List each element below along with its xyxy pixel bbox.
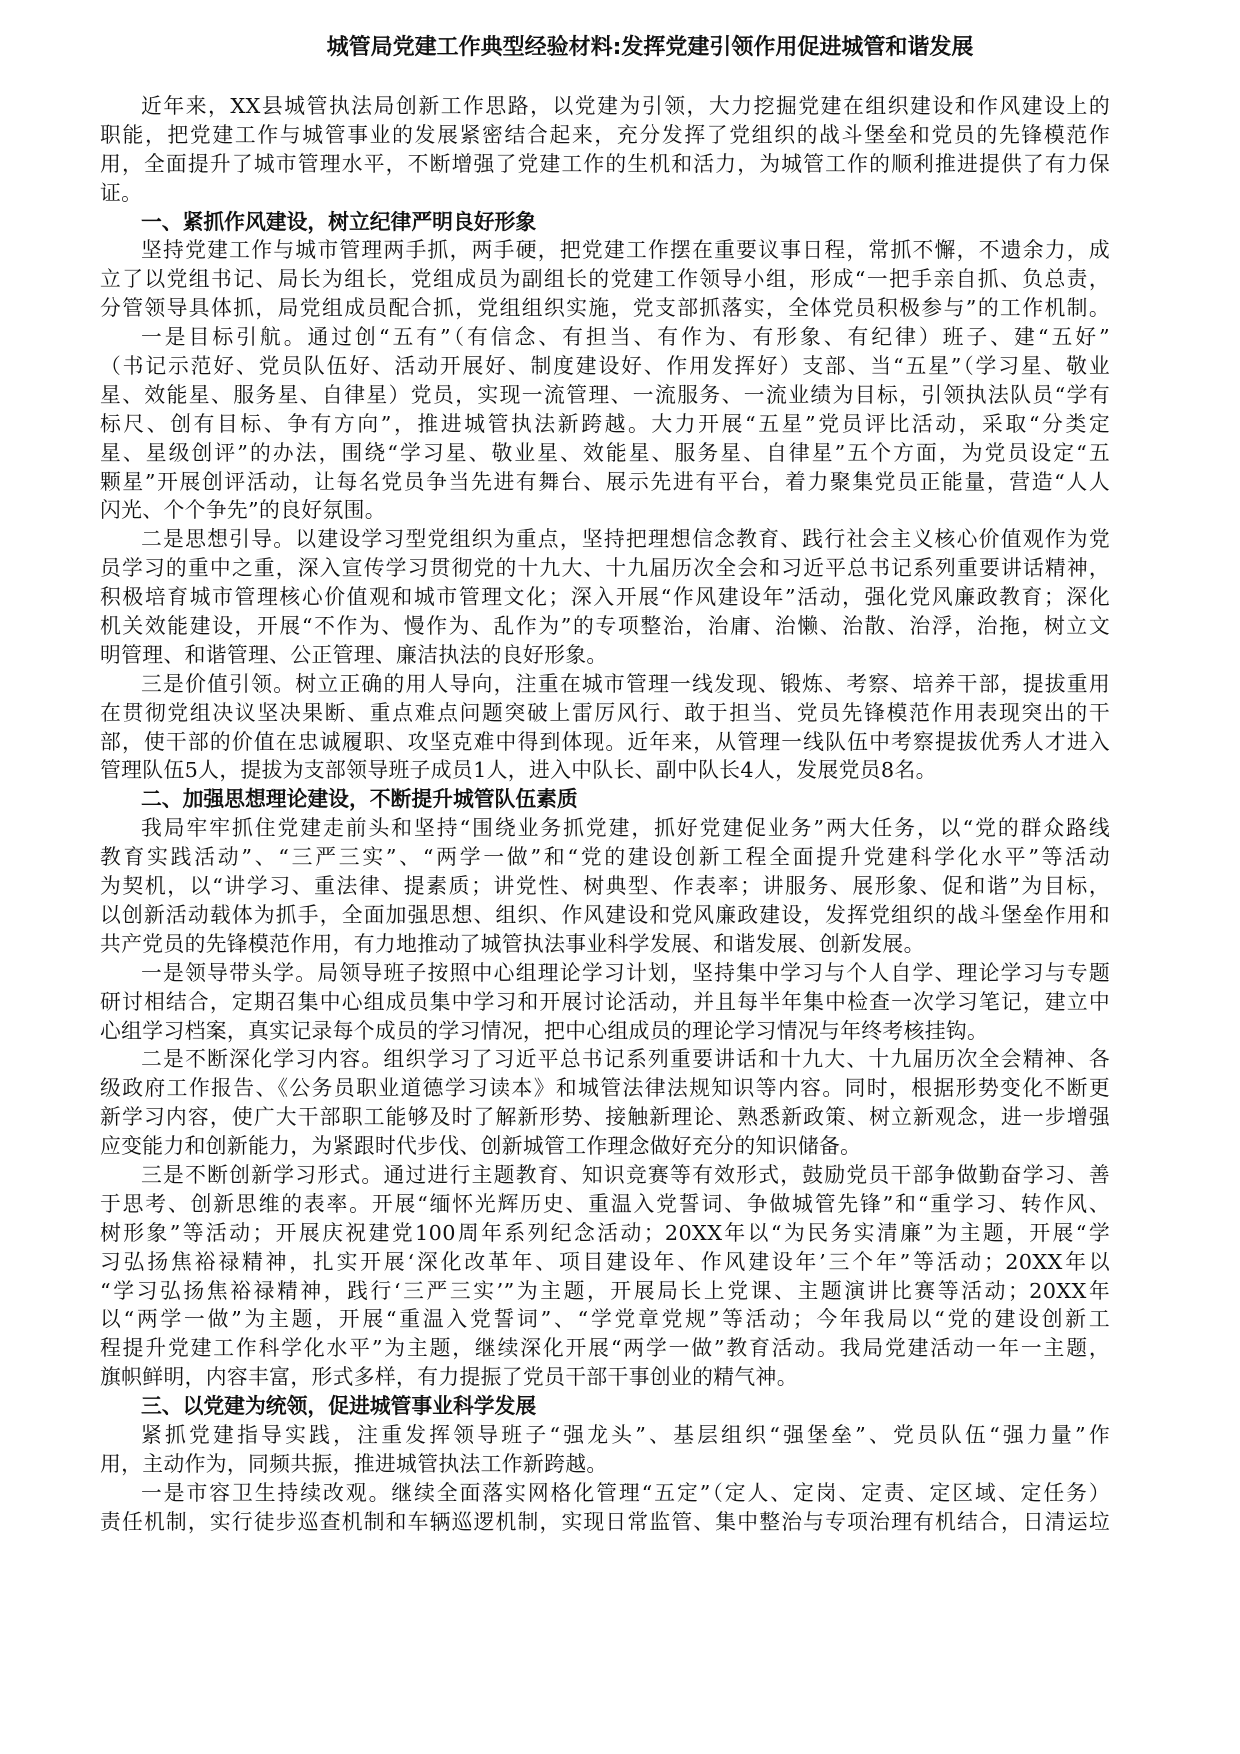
paragraph-line: 部，使干部的价值在忠诚履职、攻坚克难中得到体现。近年来，从管理一线队伍中考察提拔… [100, 728, 1110, 757]
paragraph-last-line: 旗帜鲜明，内容丰富，形式多样，有力提振了党员干部干事创业的精气神。 [100, 1363, 1110, 1392]
paragraph-line: 用，全面提升了城市管理水平，不断增强了党建工作的生机和活力，为城管工作的顺利推进… [100, 150, 1110, 179]
paragraph-line: 颗星”开展创评活动，让每名党员争当先进有舞台、展示先进有平台，着力聚集党员正能量… [100, 468, 1110, 497]
paragraph-first-line: 三是不断创新学习形式。通过进行主题教育、知识竞赛等有效形式，鼓励党员干部争做勤奋… [100, 1161, 1110, 1190]
paragraph-last-line: 共产党员的先锋模范作用，有力地推动了城管执法事业科学发展、和谐发展、创新发展。 [100, 930, 1110, 959]
paragraph-first-line: 二是思想引导。以建设学习型党组织为重点，坚持把理想信念教育、践行社会主义核心价值… [100, 525, 1110, 554]
paragraph-first-line: 一是目标引航。通过创“五有”（有信念、有担当、有作为、有形象、有纪律）班子、建“… [100, 323, 1110, 352]
paragraph-first-line: 一是市容卫生持续改观。继续全面落实网格化管理“五定”（定人、定岗、定责、定区域、… [100, 1479, 1110, 1508]
paragraph-line: 为契机，以“讲学习、重法律、提素质；讲党性、树典型、作表率；讲服务、展形象、促和… [100, 872, 1110, 901]
paragraph-line: 在贯彻党组决议坚决果断、重点难点问题突破上雷厉风行、敢于担当、党员先锋模范作用表… [100, 699, 1110, 728]
paragraph-line: 标尺、创有目标、争有方向”，推进城管执法新跨越。大力开展“五星”党员评比活动，采… [100, 410, 1110, 439]
paragraph-line: 于思考、创新思维的表率。开展“缅怀光辉历史、重温入党誓词、争做城管先锋”和“重学… [100, 1190, 1110, 1219]
section-heading: 三、以党建为统领，促进城管事业科学发展 [100, 1392, 1110, 1421]
paragraph-last-line: 应变能力和创新能力，为紧跟时代步伐、创新城管工作理念做好充分的知识储备。 [100, 1132, 1110, 1161]
paragraph-line: 机关效能建设，开展“不作为、慢作为、乱作为”的专项整治，治庸、治懒、治散、治浮，… [100, 612, 1110, 641]
paragraph-line: 员学习的重中之重，深入宣传学习贯彻党的十九大、十九届历次全会和习近平总书记系列重… [100, 554, 1110, 583]
document-page: 城管局党建工作典型经验材料:发挥党建引领作用促进城管和谐发展 近年来，XX县城管… [0, 0, 1240, 1754]
paragraph-first-line: 紧抓党建指导实践，注重发挥领导班子“强龙头”、基层组织“强堡垒”、党员队伍“强力… [100, 1421, 1110, 1450]
section-heading: 一、紧抓作风建设，树立纪律严明良好形象 [100, 208, 1110, 237]
paragraph-last-line: 用，主动作为，同频共振，推进城管执法工作新跨越。 [100, 1450, 1110, 1479]
paragraph-first-line: 近年来，XX县城管执法局创新工作思路，以党建为引领，大力挖掘党建在组织建设和作风… [100, 92, 1110, 121]
paragraph-line: 程提升党建工作科学化水平”为主题，继续深化开展“两学一做”教育活动。我局党建活动… [100, 1334, 1110, 1363]
paragraph-line: 责任机制，实行徒步巡查机制和车辆巡逻机制，实现日常监管、集中整治与专项治理有机结… [100, 1508, 1110, 1537]
paragraph-last-line: 管理队伍5人，提拔为支部领导班子成员1人，进入中队长、副中队长4人，发展党员8名… [100, 756, 1110, 785]
paragraph-line: 以“两学一做”为主题，开展“重温入党誓词”、“学党章党规”等活动；今年我局以“党… [100, 1305, 1110, 1334]
paragraph-first-line: 我局牢牢抓住党建走前头和坚持“围绕业务抓党建，抓好党建促业务”两大任务，以“党的… [100, 814, 1110, 843]
paragraph-line: “学习弘扬焦裕禄精神，践行‘三严三实’”为主题，开展局长上党课、主题演讲比赛等活… [100, 1277, 1110, 1306]
paragraph-line: 立了以党组书记、局长为组长，党组成员为副组长的党建工作领导小组，形成“一把手亲自… [100, 265, 1110, 294]
paragraph-line: 星、星级创评”的办法，围绕“学习星、敬业星、效能星、服务星、自律星”五个方面，为… [100, 439, 1110, 468]
paragraph-line: 星、效能星、服务星、自律星）党员，实现一流管理、一流服务、一流业绩为目标，引领执… [100, 381, 1110, 410]
document-body: 近年来，XX县城管执法局创新工作思路，以党建为引领，大力挖掘党建在组织建设和作风… [100, 92, 1110, 1537]
section-heading: 二、加强思想理论建设，不断提升城管队伍素质 [100, 785, 1110, 814]
document-title: 城管局党建工作典型经验材料:发挥党建引领作用促进城管和谐发展 [0, 30, 1240, 61]
paragraph-first-line: 三是价值引领。树立正确的用人导向，注重在城市管理一线发现、锻炼、考察、培养干部，… [100, 670, 1110, 699]
paragraph-line: 积极培育城市管理核心价值观和城市管理文化；深入开展“作风建设年”活动，强化党风廉… [100, 583, 1110, 612]
paragraph-line: 级政府工作报告、《公务员职业道德学习读本》和城管法律法规知识等内容。同时，根据形… [100, 1074, 1110, 1103]
paragraph-line: 分管领导具体抓，局党组成员配合抓，党组组织实施，党支部抓落实，全体党员积极参与”… [100, 294, 1110, 323]
paragraph-line: 新学习内容，使广大干部职工能够及时了解新形势、接触新理论、熟悉新政策、树立新观念… [100, 1103, 1110, 1132]
paragraph-line: 以创新活动载体为抓手，全面加强思想、组织、作风建设和党风廉政建设，发挥党组织的战… [100, 901, 1110, 930]
paragraph-last-line: 证。 [100, 179, 1110, 208]
paragraph-line: 教育实践活动”、“三严三实”、“两学一做”和“党的建设创新工程全面提升党建科学化… [100, 843, 1110, 872]
paragraph-line: 研讨相结合，定期召集中心组成员集中学习和开展讨论活动，并且每半年集中检查一次学习… [100, 988, 1110, 1017]
paragraph-last-line: 明管理、和谐管理、公正管理、廉洁执法的良好形象。 [100, 641, 1110, 670]
paragraph-first-line: 一是领导带头学。局领导班子按照中心组理论学习计划，坚持集中学习与个人自学、理论学… [100, 959, 1110, 988]
paragraph-line: 树形象”等活动；开展庆祝建党100周年系列纪念活动；20XX年以“为民务实清廉”… [100, 1219, 1110, 1248]
paragraph-line: 职能，把党建工作与城管事业的发展紧密结合起来，充分发挥了党组织的战斗堡垒和党员的… [100, 121, 1110, 150]
paragraph-last-line: 心组学习档案，真实记录每个成员的学习情况，把中心组成员的理论学习情况与年终考核挂… [100, 1017, 1110, 1046]
paragraph-line: 习弘扬焦裕禄精神，扎实开展‘深化改革年、项目建设年、作风建设年’三个年”等活动；… [100, 1248, 1110, 1277]
paragraph-first-line: 坚持党建工作与城市管理两手抓，两手硬，把党建工作摆在重要议事日程，常抓不懈，不遗… [100, 236, 1110, 265]
paragraph-line: （书记示范好、党员队伍好、活动开展好、制度建设好、作用发挥好）支部、当“五星”（… [100, 352, 1110, 381]
paragraph-first-line: 二是不断深化学习内容。组织学习了习近平总书记系列重要讲话和十九大、十九届历次全会… [100, 1045, 1110, 1074]
paragraph-last-line: 闪光、个个争先”的良好氛围。 [100, 496, 1110, 525]
